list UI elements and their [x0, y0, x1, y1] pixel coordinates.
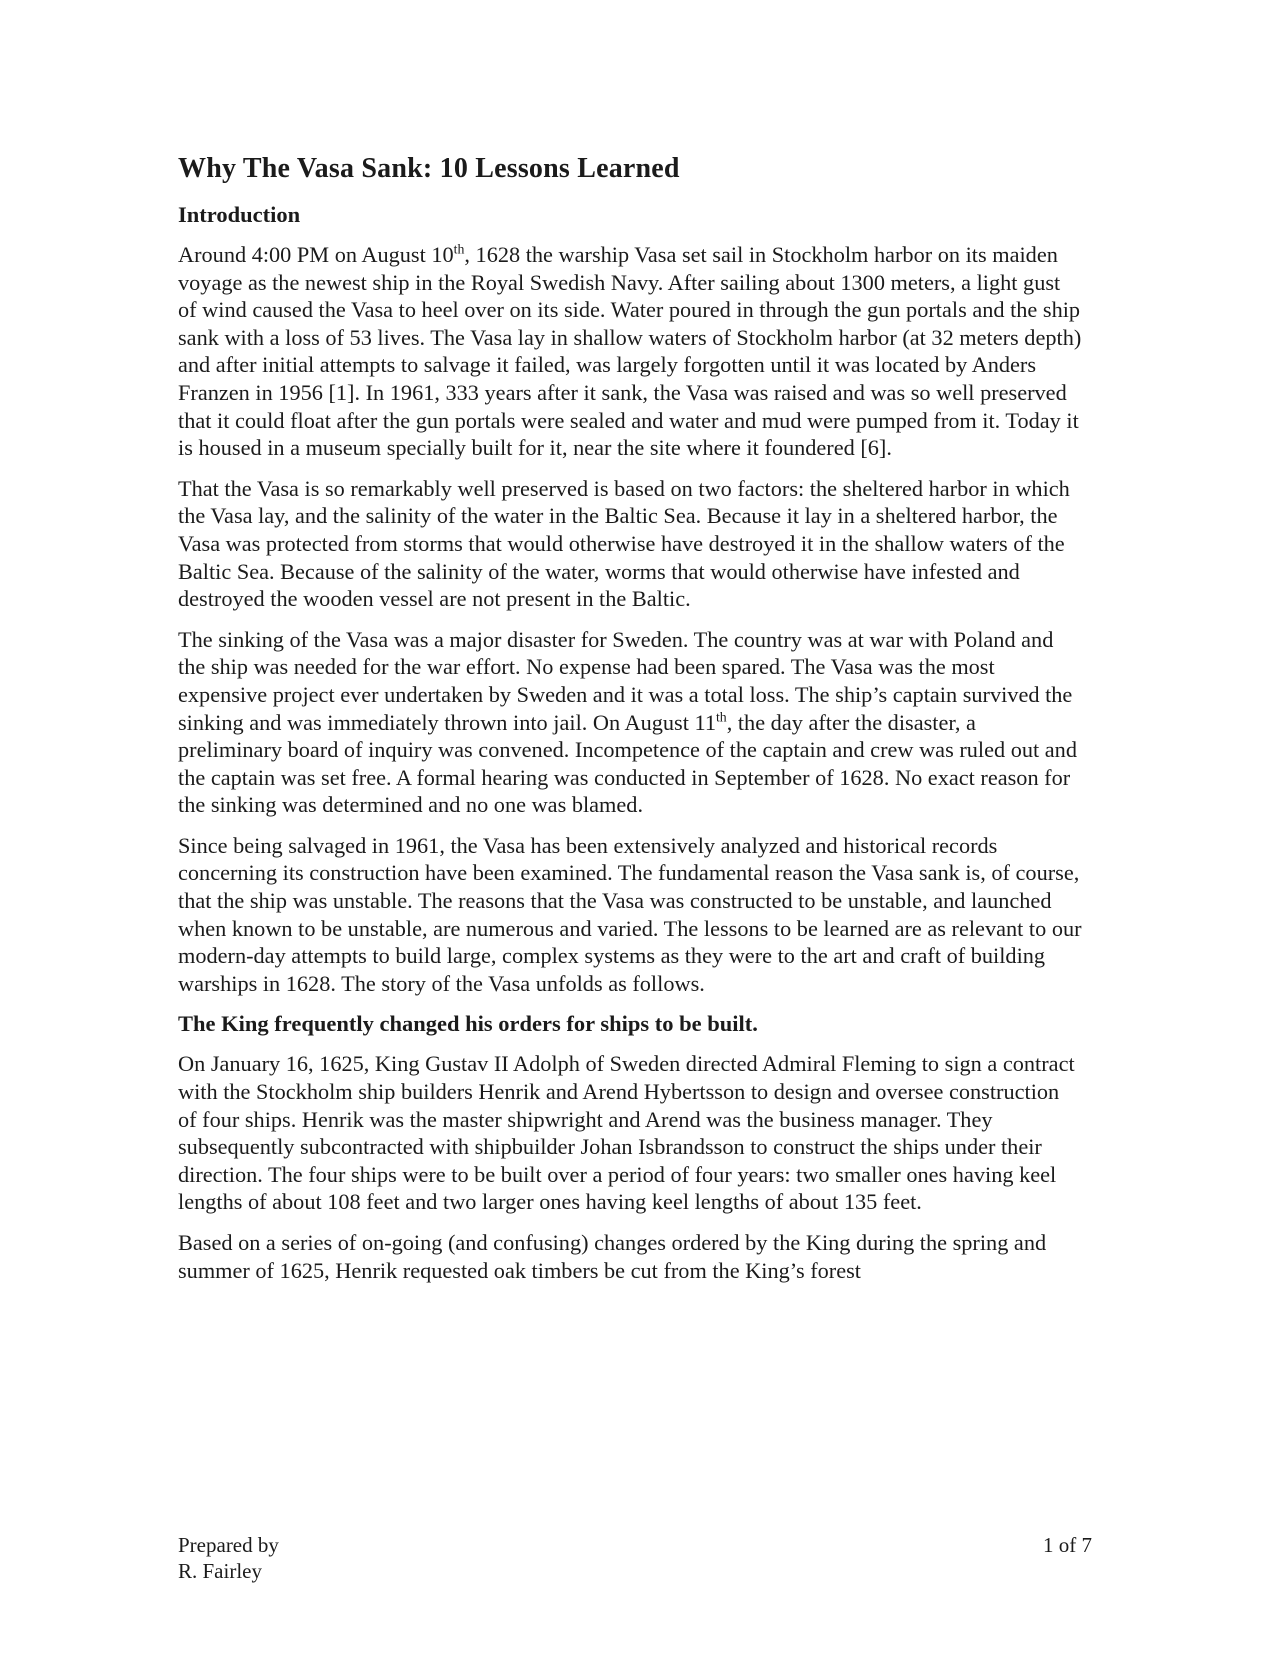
footer-prepared-by-line1: Prepared by: [178, 1532, 279, 1558]
footer-page-number: 1 of 7: [1043, 1532, 1092, 1558]
document-title: Why The Vasa Sank: 10 Lessons Learned: [178, 152, 1083, 186]
paragraph-intro-2: That the Vasa is so remarkably well pres…: [178, 475, 1083, 613]
footer-prepared-by-line2: R. Fairley: [178, 1558, 279, 1584]
section-heading-introduction: Introduction: [178, 201, 1083, 228]
paragraph-intro-3: The sinking of the Vasa was a major disa…: [178, 626, 1083, 819]
footer-prepared-by: Prepared by R. Fairley: [178, 1532, 279, 1584]
paragraph-intro-1: Around 4:00 PM on August 10th, 1628 the …: [178, 241, 1083, 462]
paragraph-intro-4: Since being salvaged in 1961, the Vasa h…: [178, 832, 1083, 998]
document-content: Why The Vasa Sank: 10 Lessons Learned In…: [178, 152, 1083, 1297]
section-heading-king-orders: The King frequently changed his orders f…: [178, 1010, 1083, 1037]
paragraph-king-orders-1: On January 16, 1625, King Gustav II Adol…: [178, 1050, 1083, 1216]
paragraph-king-orders-2: Based on a series of on-going (and confu…: [178, 1229, 1083, 1284]
document-page: Why The Vasa Sank: 10 Lessons Learned In…: [0, 0, 1280, 1656]
